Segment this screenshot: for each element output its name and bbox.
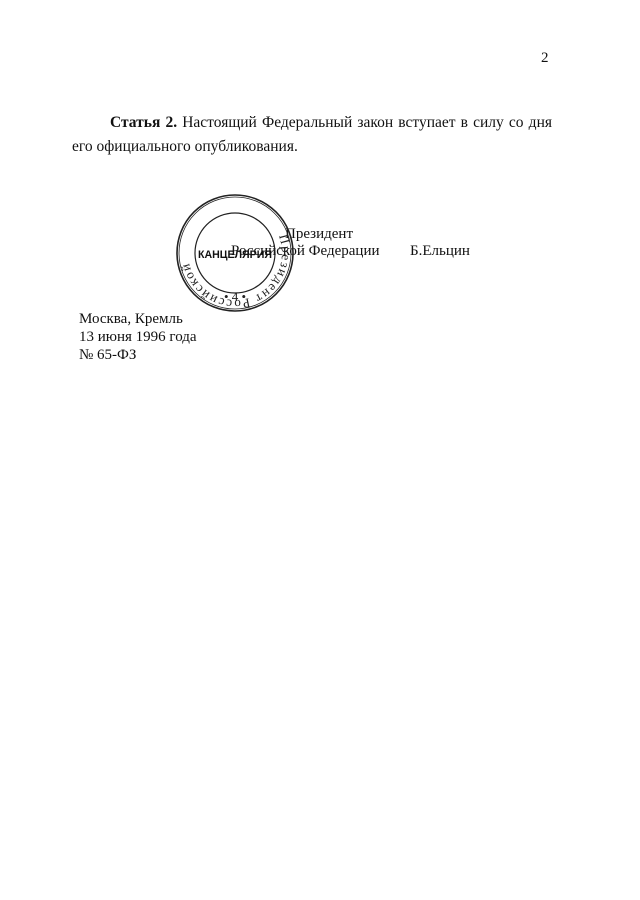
signatory-title-line2: Российской Федерации: [231, 242, 380, 260]
law-number: № 65-ФЗ: [79, 346, 197, 364]
signing-details: Москва, Кремль 13 июня 1996 года № 65-ФЗ: [79, 310, 197, 364]
page-number: 2: [541, 50, 549, 67]
signatory-name: Б.Ельцин: [410, 242, 470, 260]
signing-place: Москва, Кремль: [79, 310, 197, 328]
signing-date: 13 июня 1996 года: [79, 328, 197, 346]
article-paragraph: Статья 2. Настоящий Федеральный закон вс…: [72, 111, 552, 159]
seal-number: • 4 •: [224, 289, 246, 304]
article-label: Статья 2.: [110, 114, 177, 131]
signatory-title-line1: Президент: [285, 225, 353, 243]
